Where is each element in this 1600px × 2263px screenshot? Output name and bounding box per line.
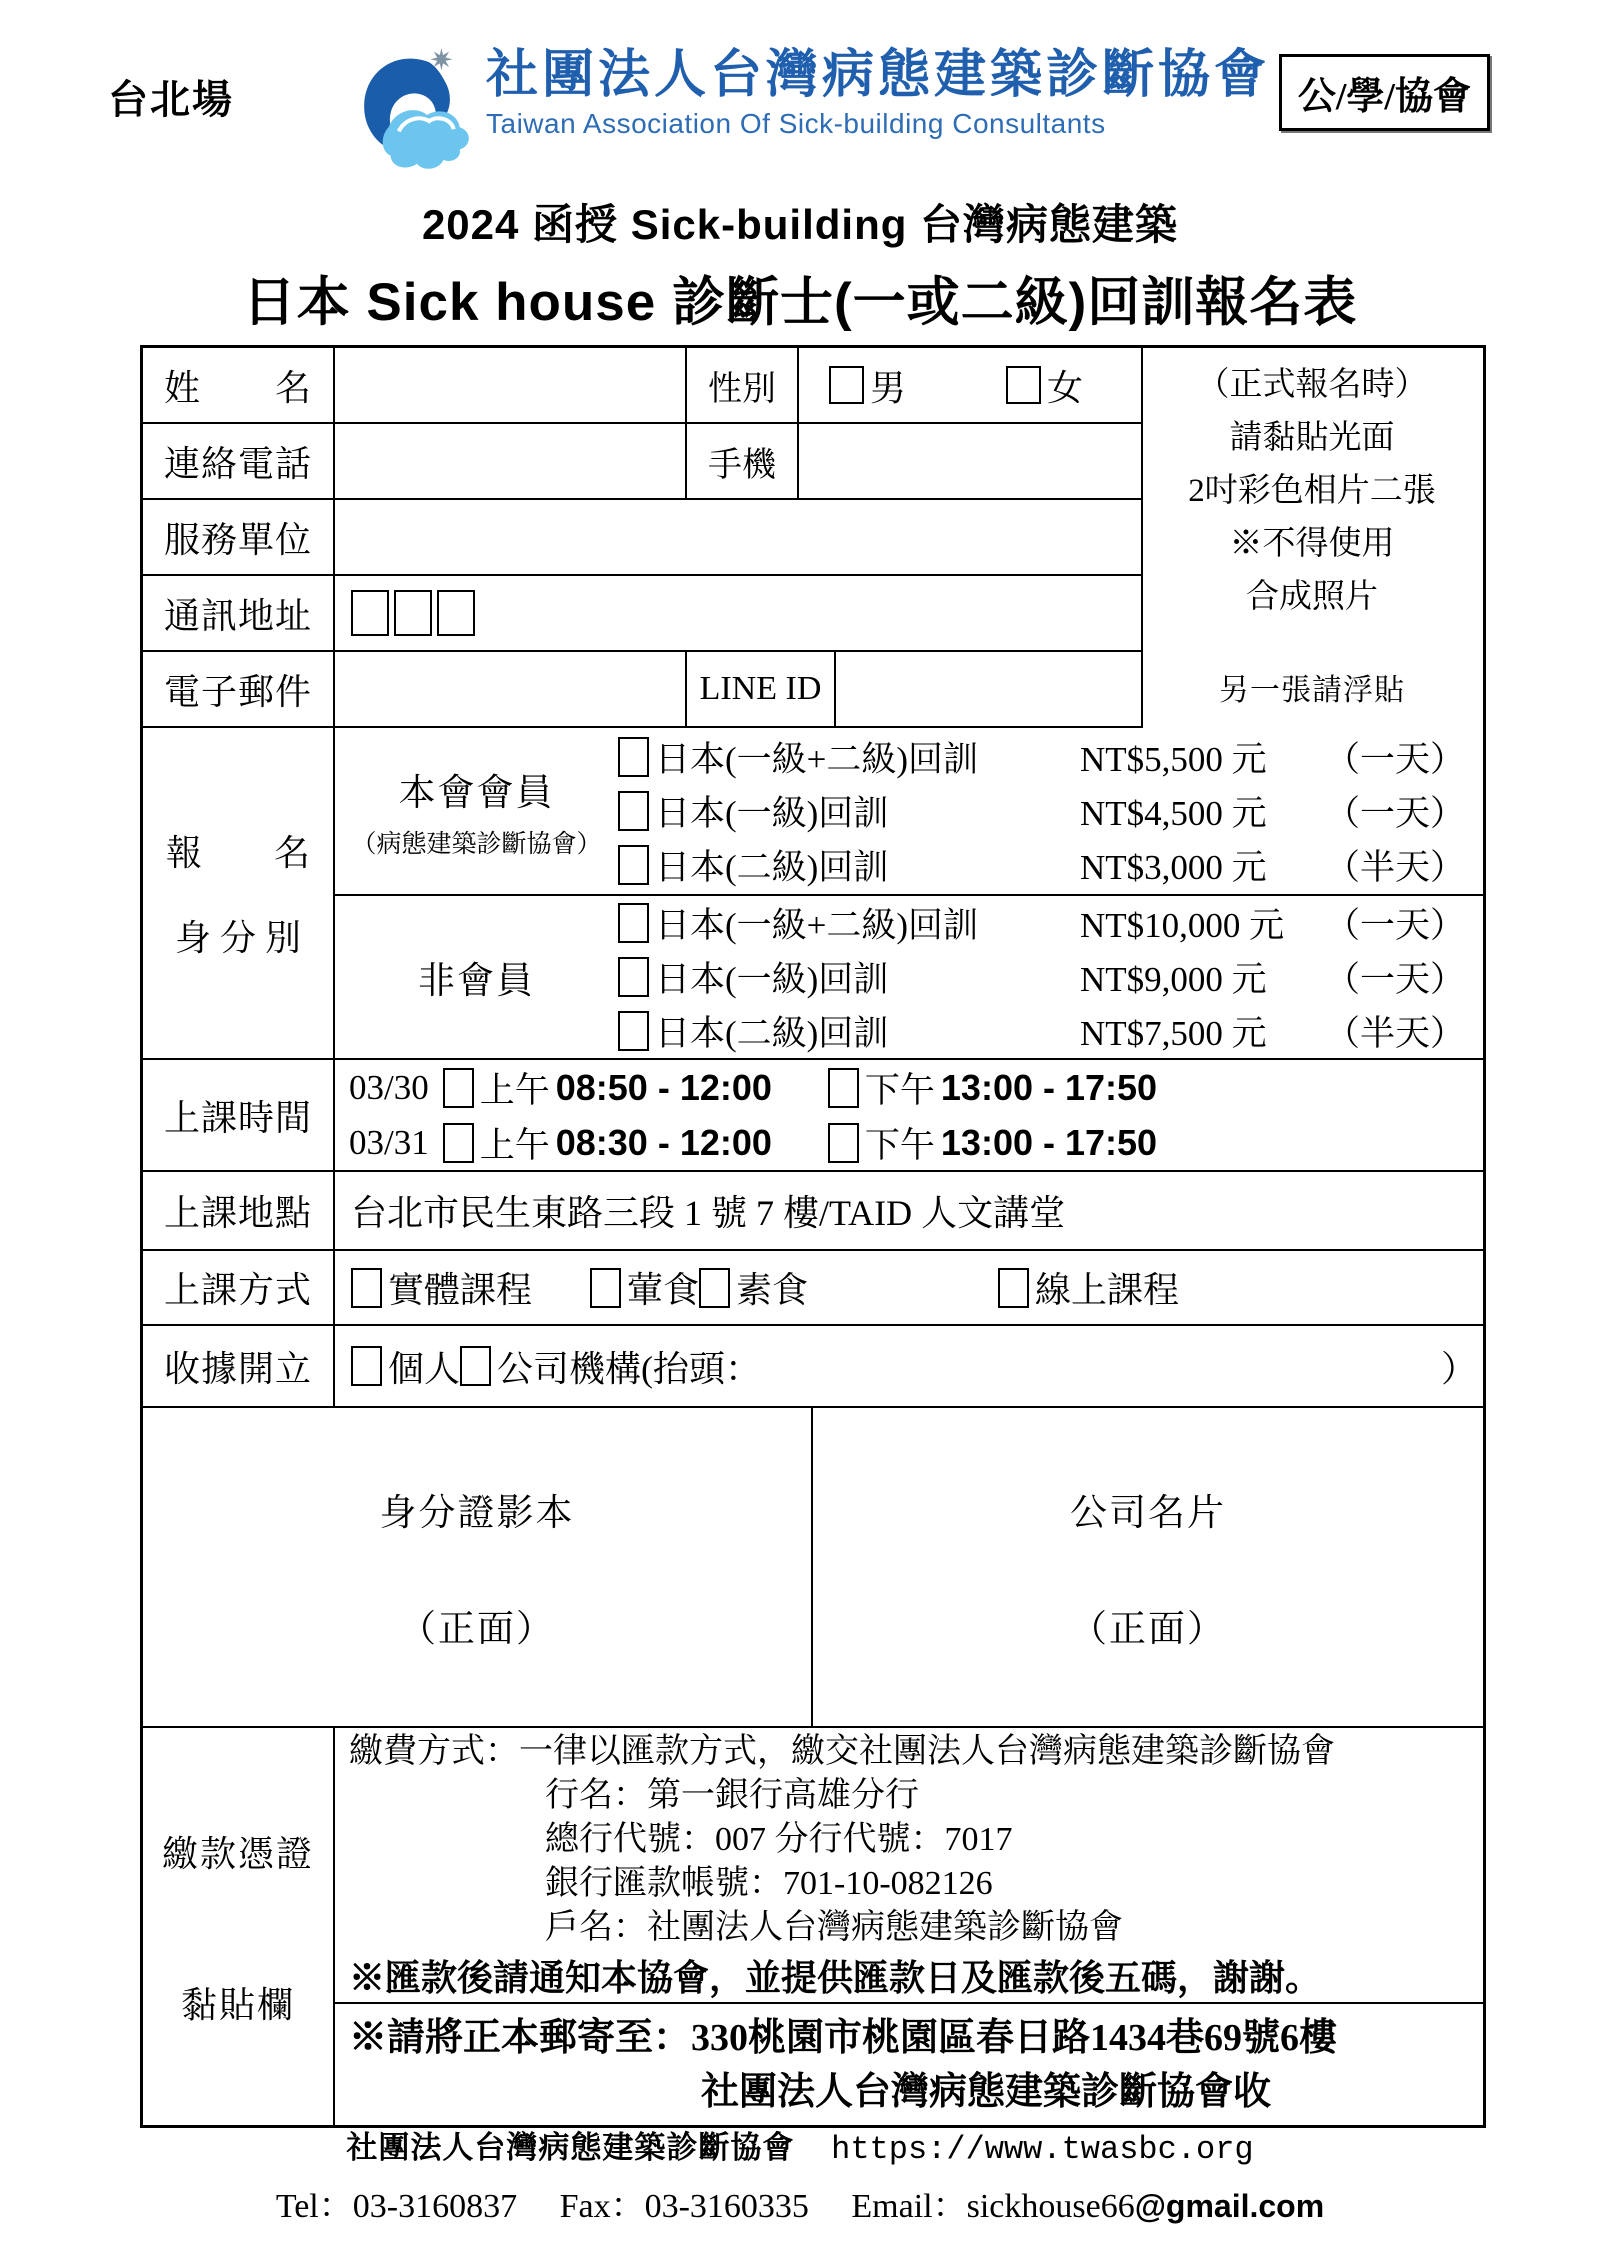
- association-name-en: Taiwan Association Of Sick-building Cons…: [486, 108, 1270, 140]
- mailing-instructions: ※請將正本郵寄至：330桃園市桃園區春日路1434巷69號6樓 社團法人台灣病態…: [335, 2004, 1483, 2125]
- photo-note-line: 2吋彩色相片二張: [1188, 465, 1436, 518]
- association-logo-icon: [358, 46, 470, 178]
- mail-to-line2: 社團法人台灣病態建築診斷協會收: [349, 2065, 1271, 2119]
- name-input-cell: [335, 348, 687, 424]
- option-duration: （半天）: [1325, 840, 1483, 890]
- schedule-date: 03/30: [349, 1068, 429, 1108]
- female-label: 女: [1047, 360, 1083, 411]
- receipt-section: 收據開立 個人 公司機構(抬頭： ）: [143, 1324, 1483, 1406]
- footer-tel: Tel：03-3160837: [276, 2188, 517, 2225]
- option-price: NT$4,500 元: [1080, 786, 1325, 836]
- footer-email-label: Email：: [851, 2188, 966, 2225]
- email-input-cell: [335, 652, 687, 728]
- physical-label: 實體課程: [388, 1262, 532, 1313]
- venue-label: 台北場: [108, 68, 234, 125]
- line-id-label: LINE ID: [687, 652, 836, 728]
- corner-tag-box: 公/學/協會: [1279, 54, 1490, 131]
- option-duration: （一天）: [1325, 786, 1483, 836]
- checkbox-pm-2: [828, 1123, 859, 1163]
- option-name: 日本(一級+二級)回訓: [655, 732, 978, 782]
- business-card-side: （正面）: [1070, 1598, 1226, 1652]
- checkbox-company: [460, 1346, 491, 1386]
- payment-section: 繳款憑證 黏貼欄 繳費方式：一律以匯款方式，繳交社團法人台灣病態建築診斷協會 行…: [143, 1726, 1483, 2125]
- am-time: 08:50 - 12:00: [556, 1067, 772, 1109]
- id-copy-title: 身分證影本: [380, 1482, 575, 1536]
- pm-time: 13:00 - 17:50: [941, 1067, 1157, 1109]
- schedule-date: 03/31: [349, 1123, 429, 1163]
- schedule-values: 03/30 上午 08:50 - 12:00 下午 13:00 - 17:50 …: [335, 1060, 1483, 1170]
- footer-email-domain: @gmail.com: [1135, 2188, 1324, 2224]
- option-name: 日本(一級)回訓: [655, 786, 888, 836]
- registration-form-table: 姓 名 性別 男 女 （正式報名時） 請黏貼光面 2吋彩色相片二張 ※不得使用 …: [140, 345, 1486, 2128]
- checkbox-am-1: [443, 1068, 474, 1108]
- pm-label: 下午: [865, 1118, 935, 1168]
- fee-option: 日本(一級+二級)回訓 NT$5,500 元 （一天）: [618, 730, 1483, 784]
- location-label: 上課地點: [143, 1172, 335, 1249]
- checkbox-nonmember-option-1: [618, 903, 649, 943]
- schedule-section: 上課時間 03/30 上午 08:50 - 12:00 下午 13:00 - 1…: [143, 1058, 1483, 1170]
- checkbox-member-option-1: [618, 737, 649, 777]
- payment-method: 繳費方式：一律以匯款方式，繳交社團法人台灣病態建築診斷協會: [349, 1730, 1335, 1774]
- am-label: 上午: [480, 1118, 550, 1168]
- checkbox-member-option-2: [618, 791, 649, 831]
- location-section: 上課地點 台北市民生東路三段 1 號 7 樓/TAID 人文講堂: [143, 1170, 1483, 1249]
- footer-org: 社團法人台灣病態建築診斷協會: [346, 2130, 794, 2165]
- payment-label-line2: 黏貼欄: [181, 1977, 295, 2028]
- gender-label: 性別: [687, 348, 799, 424]
- photo-note-line: 合成照片: [1246, 571, 1378, 624]
- payment-label-line1: 繳款憑證: [162, 1826, 314, 1877]
- attachments-section: 身分證影本 （正面） 公司名片 （正面）: [143, 1406, 1483, 1726]
- fee-option: 日本(一級)回訓 NT$4,500 元 （一天）: [618, 784, 1483, 838]
- course-mode-section: 上課方式 實體課程 葷食 素食 線上課程: [143, 1249, 1483, 1324]
- photo-note-line: 請黏貼光面: [1230, 412, 1395, 465]
- male-label: 男: [870, 360, 906, 411]
- postal-code-box: [437, 590, 475, 636]
- option-duration: （半天）: [1325, 1006, 1483, 1056]
- postal-code-box: [351, 590, 389, 636]
- option-name: 日本(二級)回訓: [655, 1006, 888, 1056]
- pm-label: 下午: [865, 1063, 935, 1113]
- checkbox-nonmember-option-3: [618, 1011, 649, 1051]
- checkbox-veg: [699, 1268, 730, 1308]
- course-mode-options: 實體課程 葷食 素食 線上課程: [335, 1251, 1483, 1324]
- postal-code-box: [394, 590, 432, 636]
- personal-info-section: 姓 名 性別 男 女 （正式報名時） 請黏貼光面 2吋彩色相片二張 ※不得使用 …: [143, 348, 1483, 728]
- pm-time: 13:00 - 17:50: [941, 1122, 1157, 1164]
- association-logo-text: 社團法人台灣病態建築診斷協會 Taiwan Association Of Sic…: [486, 46, 1270, 140]
- option-name: 日本(一級)回訓: [655, 952, 888, 1002]
- photo-float-note: 另一張請浮貼: [1219, 664, 1405, 717]
- footer-url: https://www.twasbc.org: [831, 2131, 1253, 2168]
- address-input-cell: [335, 576, 1143, 652]
- payment-bank-codes: 總行代號：007 分行代號：7017: [349, 1818, 1013, 1862]
- option-name: 日本(二級)回訓: [655, 840, 888, 890]
- receipt-label: 收據開立: [143, 1326, 335, 1406]
- company-label: 公司機構(抬頭：: [497, 1341, 761, 1392]
- checkbox-male: [829, 366, 864, 404]
- name-label: 姓 名: [143, 348, 335, 424]
- checkbox-member-option-3: [618, 845, 649, 885]
- form-title: 日本 Sick house 診斷士(一或二級)回訓報名表: [105, 260, 1495, 336]
- form-titles: 2024 函授 Sick-building 台灣病態建築 日本 Sick hou…: [105, 192, 1495, 336]
- nonmember-title: 非會員: [418, 950, 535, 1004]
- employer-input-cell: [335, 500, 1143, 576]
- veg-label: 素食: [736, 1262, 808, 1313]
- identity-label-line2: 身 分 別: [175, 910, 301, 961]
- identity-section: 報 名 身 分 別 本會會員 （病態建築診斷協會） 日本(一級+二級)回訓 NT…: [143, 728, 1483, 1058]
- nonmember-option-list: 日本(一級+二級)回訓 NT$10,000 元 （一天） 日本(一級)回訓 NT…: [618, 896, 1483, 1058]
- checkbox-online: [998, 1268, 1029, 1308]
- payment-holder: 戶名：社團法人台灣病態建築診斷協會: [349, 1906, 1123, 1950]
- line-id-input-cell: [836, 652, 1143, 728]
- footer-fax: Fax：03-3160335: [560, 2188, 809, 2225]
- location-value: 台北市民生東路三段 1 號 7 樓/TAID 人文講堂: [335, 1172, 1483, 1249]
- fee-option: 日本(二級)回訓 NT$3,000 元 （半天）: [618, 838, 1483, 892]
- photo-instructions: （正式報名時） 請黏貼光面 2吋彩色相片二張 ※不得使用 合成照片 另一張請浮貼: [1143, 348, 1481, 728]
- checkbox-nonmember-option-2: [618, 957, 649, 997]
- course-mode-label: 上課方式: [143, 1251, 335, 1324]
- association-logo: 社團法人台灣病態建築診斷協會 Taiwan Association Of Sic…: [358, 46, 1270, 178]
- mobile-input-cell: [799, 424, 1143, 500]
- id-copy-side: （正面）: [399, 1598, 555, 1652]
- mobile-label: 手機: [687, 424, 799, 500]
- schedule-day: 03/31 上午 08:30 - 12:00 下午 13:00 - 17:50: [335, 1115, 1483, 1170]
- photo-note-line: ※不得使用: [1230, 518, 1395, 571]
- mail-to-line1: ※請將正本郵寄至：330桃園市桃園區春日路1434巷69號6樓: [349, 2011, 1337, 2065]
- member-title: 本會會員: [399, 762, 555, 816]
- payment-account: 銀行匯款帳號：701-10-082126: [349, 1862, 993, 1906]
- personal-label: 個人: [388, 1341, 460, 1392]
- fee-option: 日本(一級+二級)回訓 NT$10,000 元 （一天）: [618, 896, 1483, 950]
- fee-option: 日本(二級)回訓 NT$7,500 元 （半天）: [618, 1004, 1483, 1058]
- phone-label: 連絡電話: [143, 424, 335, 500]
- identity-label: 報 名 身 分 別: [143, 728, 335, 1058]
- schedule-day: 03/30 上午 08:50 - 12:00 下午 13:00 - 17:50: [335, 1060, 1483, 1115]
- checkbox-personal: [351, 1346, 382, 1386]
- payment-label: 繳款憑證 黏貼欄: [143, 1728, 335, 2125]
- member-type: 本會會員 （病態建築診斷協會）: [335, 728, 618, 894]
- business-card-title: 公司名片: [1070, 1482, 1226, 1536]
- checkbox-meat: [590, 1268, 621, 1308]
- option-price: NT$7,500 元: [1080, 1006, 1325, 1056]
- fee-option: 日本(一級)回訓 NT$9,000 元 （一天）: [618, 950, 1483, 1004]
- business-card-cell: 公司名片 （正面）: [813, 1408, 1483, 1726]
- am-time: 08:30 - 12:00: [556, 1122, 772, 1164]
- footer-email-user: sickhouse66: [967, 2188, 1135, 2225]
- checkbox-pm-1: [828, 1068, 859, 1108]
- address-label: 通訊地址: [143, 576, 335, 652]
- checkbox-physical: [351, 1268, 382, 1308]
- option-price: NT$5,500 元: [1080, 732, 1325, 782]
- page-footer: 社團法人台灣病態建築診斷協會 https://www.twasbc.org Te…: [105, 2122, 1495, 2227]
- checkbox-female: [1006, 366, 1041, 404]
- nonmember-options-row: 非會員 日本(一級+二級)回訓 NT$10,000 元 （一天） 日本(一級)回…: [335, 896, 1483, 1058]
- identity-label-line1: 報 名: [166, 825, 310, 876]
- phone-input-cell: [335, 424, 687, 500]
- association-name-zh: 社團法人台灣病態建築診斷協會: [486, 46, 1270, 104]
- schedule-label: 上課時間: [143, 1060, 335, 1170]
- option-duration: （一天）: [1325, 898, 1483, 948]
- member-options-row: 本會會員 （病態建築診斷協會） 日本(一級+二級)回訓 NT$5,500 元 （…: [335, 728, 1483, 896]
- member-subtitle: （病態建築診斷協會）: [351, 824, 601, 860]
- option-duration: （一天）: [1325, 952, 1483, 1002]
- course-title: 2024 函授 Sick-building 台灣病態建築: [105, 192, 1495, 252]
- option-price: NT$9,000 元: [1080, 952, 1325, 1002]
- payment-notify-note: ※匯款後請通知本協會，並提供匯款日及匯款後五碼，謝謝。: [349, 1956, 1321, 2000]
- nonmember-type: 非會員: [335, 896, 618, 1058]
- photo-note-line: （正式報名時）: [1197, 359, 1428, 412]
- checkbox-am-2: [443, 1123, 474, 1163]
- option-price: NT$10,000 元: [1080, 898, 1325, 948]
- payment-bank: 行名：第一銀行高雄分行: [349, 1774, 919, 1818]
- payment-details: 繳費方式：一律以匯款方式，繳交社團法人台灣病態建築診斷協會 行名：第一銀行高雄分…: [335, 1728, 1483, 2004]
- am-label: 上午: [480, 1063, 550, 1113]
- employer-label: 服務單位: [143, 500, 335, 576]
- email-label: 電子郵件: [143, 652, 335, 728]
- gender-options: 男 女: [799, 348, 1143, 424]
- receipt-close-paren: ）: [1441, 1341, 1483, 1392]
- member-option-list: 日本(一級+二級)回訓 NT$5,500 元 （一天） 日本(一級)回訓 NT$…: [618, 728, 1483, 894]
- id-copy-cell: 身分證影本 （正面）: [143, 1408, 813, 1726]
- receipt-options: 個人 公司機構(抬頭： ）: [335, 1326, 1483, 1406]
- online-label: 線上課程: [1035, 1262, 1179, 1313]
- option-price: NT$3,000 元: [1080, 840, 1325, 890]
- meat-label: 葷食: [627, 1262, 699, 1313]
- option-name: 日本(一級+二級)回訓: [655, 898, 978, 948]
- option-duration: （一天）: [1325, 732, 1483, 782]
